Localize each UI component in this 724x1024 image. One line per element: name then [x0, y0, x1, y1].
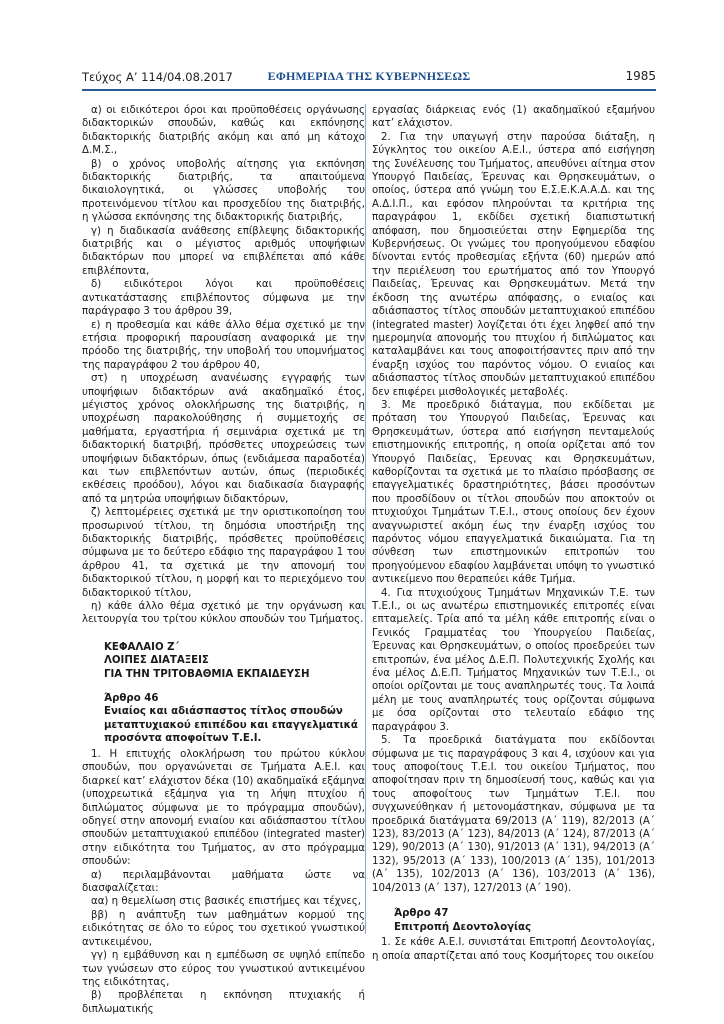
list-item: β) ο χρόνος υποβολής αίτησης για εκπόνησ…	[82, 158, 365, 225]
paragraph-continuation: εργασίας διάρκειας ενός (1) ακαδημαϊκού …	[372, 104, 655, 131]
list-item: α) οι ειδικότεροι όροι και προϋποθέσεις …	[82, 104, 365, 158]
paragraph: γγ) η εμβάθυνση και η εμπέδωση σε υψηλό …	[82, 949, 365, 989]
paragraph: ββ) η ανάπτυξη των μαθημάτων κορμού της …	[82, 909, 365, 949]
chapter-number: ΚΕΦΑΛΑΙΟ Ζ΄	[104, 641, 365, 655]
chapter-heading: ΚΕΦΑΛΑΙΟ Ζ΄ ΛΟΙΠΕΣ ΔΙΑΤΑΞΕΙΣ ΓΙΑ ΤΗΝ ΤΡΙ…	[104, 641, 365, 682]
paragraph: β) προβλέπεται η εκπόνηση πτυχιακής ή δι…	[82, 989, 365, 1016]
chapter-title: ΛΟΙΠΕΣ ΔΙΑΤΑΞΕΙΣ	[104, 654, 365, 668]
article-number: Άρθρο 46	[104, 692, 365, 706]
page-number: 1985	[625, 69, 656, 83]
paragraph: 4. Για πτυχιούχους Τμημάτων Μηχανικών Τ.…	[372, 587, 655, 734]
article-47-heading: Άρθρο 47 Επιτροπή Δεοντολογίας	[394, 907, 655, 934]
article-title: προσόντα αποφοίτων Τ.Ε.Ι.	[104, 732, 365, 746]
article-title: Ενιαίος και αδιάσπαστος τίτλος σπουδών	[104, 705, 365, 719]
list-item: ζ) λεπτομέρειες σχετικά με την οριστικοπ…	[82, 506, 365, 600]
paragraph: 5. Τα προεδρικά διατάγματα που εκδίδοντα…	[372, 734, 655, 895]
chapter-title: ΓΙΑ ΤΗΝ ΤΡΙΤΟΒΑΘΜΙΑ ΕΚΠΑΙΔΕΥΣΗ	[104, 668, 365, 682]
paragraph: 1. Σε κάθε Α.Ε.Ι. συνιστάται Επιτροπή Δε…	[372, 936, 655, 963]
article-title: Επιτροπή Δεοντολογίας	[394, 921, 655, 935]
article-number: Άρθρο 47	[394, 907, 655, 921]
list-item: η) κάθε άλλο θέμα σχετικό με την οργάνωσ…	[82, 600, 365, 627]
article-title: μεταπτυχιακού επιπέδου και επαγγελματικά	[104, 719, 365, 733]
paragraph: α) περιλαμβάνονται μαθήματα ώστε να διασ…	[82, 869, 365, 896]
list-item: δ) ειδικότεροι λόγοι και προϋποθέσεις αν…	[82, 278, 365, 318]
paragraph: αα) η θεμελίωση στις βασικές επιστήμες κ…	[82, 895, 365, 908]
gazette-title: ΕΦΗΜΕΡΙΔΑ ΤΗΣ ΚΥΒΕΡΝΗΣΕΩΣ	[82, 69, 656, 84]
column-divider	[365, 104, 366, 934]
paragraph: 1. Η επιτυχής ολοκλήρωση του πρώτου κύκλ…	[82, 748, 365, 869]
left-column: α) οι ειδικότεροι όροι και προϋποθέσεις …	[82, 104, 365, 1016]
page-header: Τεύχος Α’ 114/04.08.2017 ΕΦΗΜΕΡΙΔΑ ΤΗΣ Κ…	[82, 66, 656, 88]
list-item: γ) η διαδικασία ανάθεσης επίβλεψης διδακ…	[82, 225, 365, 279]
right-column: εργασίας διάρκειας ενός (1) ακαδημαϊκού …	[372, 104, 655, 963]
paragraph: 2. Για την υπαγωγή στην παρούσα διάταξη,…	[372, 131, 655, 399]
header-rule	[82, 89, 656, 91]
list-item: στ) η υποχρέωση ανανέωσης εγγραφής των υ…	[82, 372, 365, 506]
paragraph: 3. Με προεδρικό διάταγμα, που εκδίδεται …	[372, 399, 655, 587]
article-46-heading: Άρθρο 46 Ενιαίος και αδιάσπαστος τίτλος …	[104, 692, 365, 746]
list-item: ε) η προθεσμία και κάθε άλλο θέμα σχετικ…	[82, 319, 365, 373]
